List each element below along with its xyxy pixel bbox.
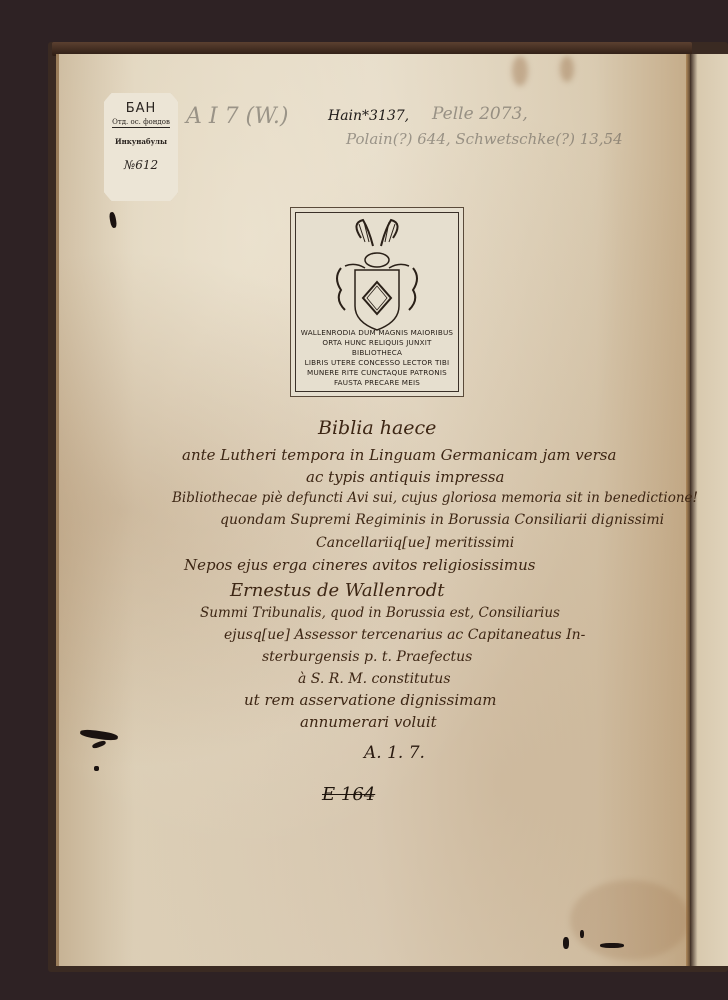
ink-blot — [600, 943, 624, 948]
label-line3: Инкунабулы — [104, 137, 178, 146]
pencil-shelfmark: A I 7 (W.) — [186, 104, 288, 129]
struck-shelfmark: E 164 — [322, 784, 375, 805]
inscription-line: ac typis antiquis impressa — [306, 468, 504, 486]
bookplate-motto: WALLENRODIA DUM MAGNIS MAIORIBUS ORTA HU… — [297, 328, 457, 388]
facing-page-edge — [690, 54, 728, 966]
stain — [512, 56, 528, 86]
bookplate: WALLENRODIA DUM MAGNIS MAIORIBUS ORTA HU… — [290, 207, 464, 397]
stain — [560, 56, 574, 82]
inscription-line: sterburgensis p. t. Praefectus — [262, 649, 472, 665]
inscription-title: Biblia haece — [318, 417, 436, 439]
pencil-note-2: Polain(?) 644, Schwetschke(?) 13,54 — [346, 130, 623, 148]
inscription-line: Nepos ejus erga cineres avitos religiosi… — [184, 556, 535, 574]
motto-line: WALLENRODIA DUM MAGNIS MAIORIBUS — [297, 328, 457, 338]
coat-of-arms-icon — [331, 218, 423, 338]
label-number: №612 — [104, 158, 178, 172]
inscription-line: Bibliothecae piè defuncti Avi sui, cujus… — [172, 490, 698, 506]
inscription-name: Ernestus de Wallenrodt — [230, 580, 445, 601]
inscription-line: à S. R. M. constitutus — [298, 671, 451, 687]
motto-line: MUNERE RITE CUNCTAQUE PATRONIS — [297, 368, 457, 378]
shelfmark: A. 1. 7. — [364, 743, 425, 763]
inscription-line: ante Lutheri tempora in Linguam Germanic… — [182, 446, 616, 464]
motto-line: FAUSTA PRECARE MEIS — [297, 378, 457, 388]
stain — [570, 880, 690, 960]
ink-blot — [563, 937, 569, 949]
library-label: БАН Отд. ос. фондов Инкунабулы №612 — [104, 93, 178, 201]
motto-line: LIBRIS UTERE CONCESSO LECTOR TIBI — [297, 358, 457, 368]
inscription-line: ut rem asservatione dignissimam — [244, 691, 497, 709]
motto-line: ORTA HUNC RELIQUIS JUNXIT BIBLIOTHECA — [297, 338, 457, 358]
inscription-line: Summi Tribunalis, quod in Borussia est, … — [200, 605, 560, 621]
label-line2: Отд. ос. фондов — [112, 118, 170, 128]
inscription-line: quondam Supremi Regiminis in Borussia Co… — [220, 512, 664, 528]
inscription-line: Cancellariiq[ue] meritissimi — [316, 535, 514, 551]
hain-reference: Hain*3137, — [328, 108, 409, 124]
ink-blot — [94, 766, 99, 771]
inscription-line: ejusq[ue] Assessor tercenarius ac Capita… — [224, 627, 585, 643]
label-line1: БАН — [104, 101, 178, 116]
pencil-note-1: Pelle 2073, — [432, 104, 528, 124]
inscription-line: annumerari voluit — [300, 713, 437, 731]
ink-blot — [580, 930, 584, 938]
